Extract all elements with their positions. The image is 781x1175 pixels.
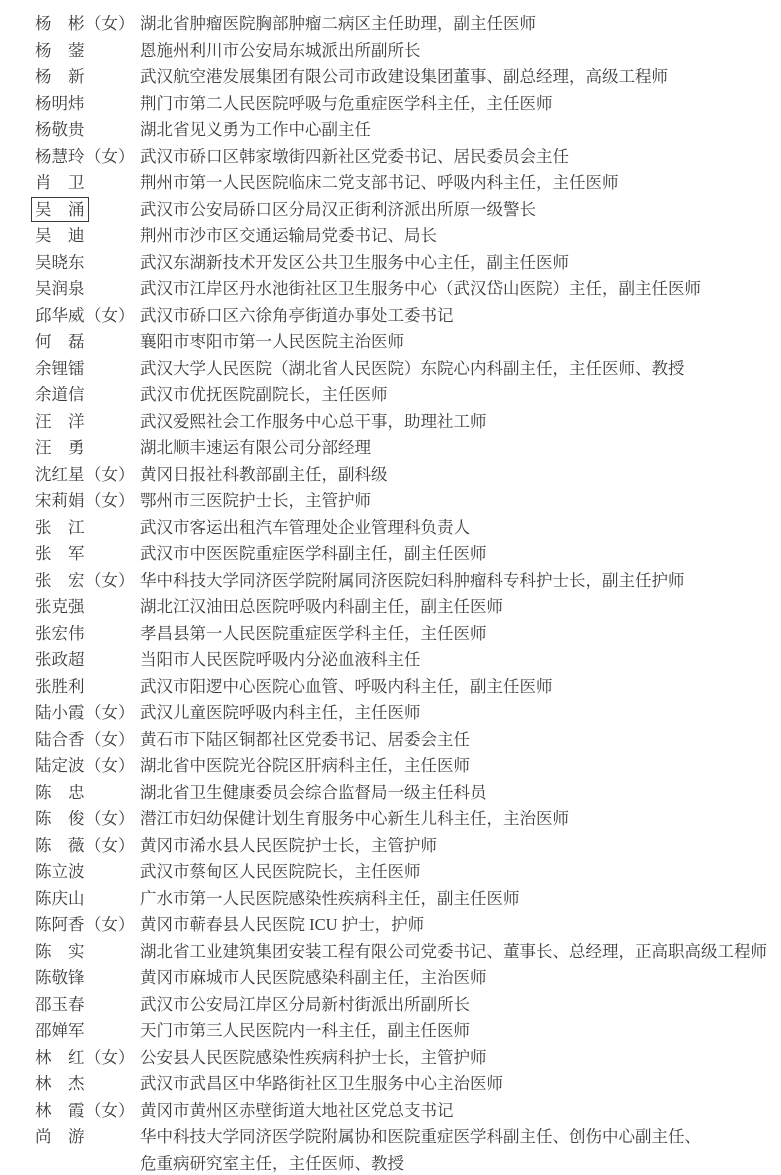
- person-name-cell: 林 红: [35, 1045, 85, 1072]
- person-name: 陈 实: [35, 939, 85, 966]
- person-name: 余锂镭: [35, 356, 85, 383]
- person-title: 华中科技大学同济医学院附属协和医院重症医学科副主任、创伤中心副主任、 危重病研究…: [140, 1124, 773, 1175]
- gender-label: （女）: [85, 568, 140, 595]
- list-item: 杨明炜 荆门市第二人民医院呼吸与危重症医学科主任，主任医师: [35, 91, 773, 118]
- people-list: 杨 彬 （女） 湖北省肿瘤医院胸部肿瘤二病区主任助理，副主任医师 杨 蓥 恩施州…: [35, 11, 773, 1175]
- person-title: 湖北江汉油田总医院呼吸内科副主任，副主任医师: [140, 594, 773, 621]
- gender-label: （女）: [85, 144, 140, 171]
- person-name: 杨敬贵: [35, 117, 85, 144]
- person-title: 武汉东湖新技术开发区公共卫生服务中心主任，副主任医师: [140, 250, 773, 277]
- person-name-cell: 沈红星: [35, 462, 85, 489]
- list-item: 余锂镭 武汉大学人民医院（湖北省人民医院）东院心内科副主任，主任医师、教授: [35, 356, 773, 383]
- person-name: 张 江: [35, 515, 85, 542]
- list-item: 陆小霞 （女） 武汉儿童医院呼吸内科主任，主任医师: [35, 700, 773, 727]
- person-name-cell: 宋莉娟: [35, 488, 85, 515]
- person-name: 杨慧玲: [35, 144, 85, 171]
- list-item: 余道信 武汉市优抚医院副院长，主任医师: [35, 382, 773, 409]
- list-item: 沈红星 （女） 黄冈日报社科教部副主任，副科级: [35, 462, 773, 489]
- person-name: 杨 彬: [35, 11, 85, 38]
- person-name-cell: 陈庆山: [35, 886, 85, 913]
- person-title: 武汉市江岸区丹水池街社区卫生服务中心（武汉岱山医院）主任，副主任医师: [140, 276, 773, 303]
- person-title: 武汉市武昌区中华路街社区卫生服务中心主治医师: [140, 1071, 773, 1098]
- person-title: 黄冈市黄州区赤壁街道大地社区党总支书记: [140, 1098, 773, 1125]
- person-title: 武汉大学人民医院（湖北省人民医院）东院心内科副主任，主任医师、教授: [140, 356, 773, 383]
- person-name: 邱华威: [35, 303, 85, 330]
- person-name-cell: 吴晓东: [35, 250, 85, 277]
- person-name-cell: 陈阿香: [35, 912, 85, 939]
- person-name-cell: 杨慧玲: [35, 144, 85, 171]
- person-title: 荆州市沙市区交通运输局党委书记、局长: [140, 223, 773, 250]
- person-name: 林 杰: [35, 1071, 85, 1098]
- gender-label: （女）: [85, 700, 140, 727]
- person-name-cell: 张 宏: [35, 568, 85, 595]
- person-title: 武汉市优抚医院副院长，主任医师: [140, 382, 773, 409]
- list-item: 陆合香 （女） 黄石市下陆区铜都社区党委书记、居委会主任: [35, 727, 773, 754]
- gender-label: （女）: [85, 727, 140, 754]
- person-name-cell: 张政超: [35, 647, 85, 674]
- list-item: 吴 涌 武汉市公安局硚口区分局汉正街利济派出所原一级警长: [35, 197, 773, 224]
- person-name: 陈庆山: [35, 886, 85, 913]
- list-item: 何 磊 襄阳市枣阳市第一人民医院主治医师: [35, 329, 773, 356]
- person-title: 当阳市人民医院呼吸内分泌血液科主任: [140, 647, 773, 674]
- person-name: 邵玉春: [35, 992, 85, 1019]
- person-title: 天门市第三人民医院内一科主任，副主任医师: [140, 1018, 773, 1045]
- list-item: 陈 实 湖北省工业建筑集团安装工程有限公司党委书记、董事长、总经理，正高职高级工…: [35, 939, 773, 966]
- person-title: 公安县人民医院感染性疾病科护士长，主管护师: [140, 1045, 773, 1072]
- person-name-cell: 余锂镭: [35, 356, 85, 383]
- person-name: 杨 蓥: [35, 38, 85, 65]
- person-title: 武汉市中医医院重症医学科副主任，副主任医师: [140, 541, 773, 568]
- person-title: 孝昌县第一人民医院重症医学科主任，主任医师: [140, 621, 773, 648]
- person-name: 陈阿香: [35, 912, 85, 939]
- list-item: 邱华威 （女） 武汉市硚口区六徐角亭街道办事处工委书记: [35, 303, 773, 330]
- person-name: 陆小霞: [35, 700, 85, 727]
- person-name-cell: 陆小霞: [35, 700, 85, 727]
- person-name: 宋莉娟: [35, 488, 85, 515]
- person-name: 邵婵军: [35, 1018, 85, 1045]
- person-name: 林 霞: [35, 1098, 85, 1125]
- list-item: 杨 蓥 恩施州利川市公安局东城派出所副所长: [35, 38, 773, 65]
- list-item: 陆定波 （女） 湖北省中医院光谷院区肝病科主任，主任医师: [35, 753, 773, 780]
- person-name: 肖 卫: [35, 170, 85, 197]
- list-item: 林 霞 （女） 黄冈市黄州区赤壁街道大地社区党总支书记: [35, 1098, 773, 1125]
- person-name: 吴 迪: [35, 223, 85, 250]
- person-name-cell: 余道信: [35, 382, 85, 409]
- person-name-cell: 吴 迪: [35, 223, 85, 250]
- person-name-cell: 陈 俊: [35, 806, 85, 833]
- person-title: 恩施州利川市公安局东城派出所副所长: [140, 38, 773, 65]
- person-title: 武汉市硚口区韩家墩街四新社区党委书记、居民委员会主任: [140, 144, 773, 171]
- gender-label: （女）: [85, 912, 140, 939]
- person-name: 余道信: [35, 382, 85, 409]
- person-title: 武汉儿童医院呼吸内科主任，主任医师: [140, 700, 773, 727]
- person-name: 吴 涌: [31, 197, 89, 222]
- person-name: 杨 新: [35, 64, 85, 91]
- person-title: 武汉爱熙社会工作服务中心总干事，助理社工师: [140, 409, 773, 436]
- person-name-cell: 陈敬锋: [35, 965, 85, 992]
- person-title: 黄冈市麻城市人民医院感染科副主任，主治医师: [140, 965, 773, 992]
- list-item: 邵玉春 武汉市公安局江岸区分局新村街派出所副所长: [35, 992, 773, 1019]
- person-name-cell: 张胜利: [35, 674, 85, 701]
- person-name-cell: 尚 游: [35, 1124, 85, 1151]
- person-title: 武汉市客运出租汽车管理处企业管理科负责人: [140, 515, 773, 542]
- list-item: 陈 俊 （女） 潜江市妇幼保健计划生育服务中心新生儿科主任，主治医师: [35, 806, 773, 833]
- person-name: 张政超: [35, 647, 85, 674]
- person-name-cell: 杨 蓥: [35, 38, 85, 65]
- gender-label: （女）: [85, 488, 140, 515]
- person-title: 荆州市第一人民医院临床二党支部书记、呼吸内科主任，主任医师: [140, 170, 773, 197]
- person-name: 陈立波: [35, 859, 85, 886]
- person-name: 吴晓东: [35, 250, 85, 277]
- gender-label: （女）: [85, 833, 140, 860]
- person-title: 湖北省见义勇为工作中心副主任: [140, 117, 773, 144]
- person-name-cell: 张宏伟: [35, 621, 85, 648]
- person-name-cell: 邵玉春: [35, 992, 85, 1019]
- gender-label: （女）: [85, 753, 140, 780]
- person-name: 陈 俊: [35, 806, 85, 833]
- person-title: 潜江市妇幼保健计划生育服务中心新生儿科主任，主治医师: [140, 806, 773, 833]
- person-title: 湖北省肿瘤医院胸部肿瘤二病区主任助理，副主任医师: [140, 11, 773, 38]
- person-name: 杨明炜: [35, 91, 85, 118]
- list-item: 杨慧玲 （女） 武汉市硚口区韩家墩街四新社区党委书记、居民委员会主任: [35, 144, 773, 171]
- person-title: 黄石市下陆区铜都社区党委书记、居委会主任: [140, 727, 773, 754]
- list-item: 陈立波 武汉市蔡甸区人民医院院长，主任医师: [35, 859, 773, 886]
- gender-label: （女）: [85, 806, 140, 833]
- person-name: 陈 薇: [35, 833, 85, 860]
- person-title: 荆门市第二人民医院呼吸与危重症医学科主任，主任医师: [140, 91, 773, 118]
- person-name-cell: 张 军: [35, 541, 85, 568]
- list-item: 林 杰 武汉市武昌区中华路街社区卫生服务中心主治医师: [35, 1071, 773, 1098]
- person-name-cell: 肖 卫: [35, 170, 85, 197]
- person-title: 武汉市公安局硚口区分局汉正街利济派出所原一级警长: [140, 197, 773, 224]
- list-item: 张胜利 武汉市阳逻中心医院心血管、呼吸内科主任，副主任医师: [35, 674, 773, 701]
- list-item: 张克强 湖北江汉油田总医院呼吸内科副主任，副主任医师: [35, 594, 773, 621]
- person-title: 广水市第一人民医院感染性疾病科主任，副主任医师: [140, 886, 773, 913]
- person-name-cell: 杨 新: [35, 64, 85, 91]
- person-title: 襄阳市枣阳市第一人民医院主治医师: [140, 329, 773, 356]
- person-title: 黄冈日报社科教部副主任，副科级: [140, 462, 773, 489]
- gender-label: （女）: [85, 303, 140, 330]
- person-name-cell: 陈 忠: [35, 780, 85, 807]
- list-item: 吴晓东 武汉东湖新技术开发区公共卫生服务中心主任，副主任医师: [35, 250, 773, 277]
- person-name: 陆合香: [35, 727, 85, 754]
- person-name: 张 军: [35, 541, 85, 568]
- list-item: 杨 彬 （女） 湖北省肿瘤医院胸部肿瘤二病区主任助理，副主任医师: [35, 11, 773, 38]
- list-item: 吴润泉 武汉市江岸区丹水池街社区卫生服务中心（武汉岱山医院）主任，副主任医师: [35, 276, 773, 303]
- person-title: 武汉市公安局江岸区分局新村街派出所副所长: [140, 992, 773, 1019]
- list-item: 陈阿香 （女） 黄冈市蕲春县人民医院 ICU 护士，护师: [35, 912, 773, 939]
- list-item: 尚 游 华中科技大学同济医学院附属协和医院重症医学科副主任、创伤中心副主任、 危…: [35, 1124, 773, 1175]
- person-name-cell: 杨明炜: [35, 91, 85, 118]
- list-item: 陈 忠 湖北省卫生健康委员会综合监督局一级主任科员: [35, 780, 773, 807]
- person-name-cell: 杨敬贵: [35, 117, 85, 144]
- person-name-cell: 汪 洋: [35, 409, 85, 436]
- person-name: 张 宏: [35, 568, 85, 595]
- person-name-cell: 邵婵军: [35, 1018, 85, 1045]
- person-name-cell: 陈 实: [35, 939, 85, 966]
- list-item: 杨敬贵 湖北省见义勇为工作中心副主任: [35, 117, 773, 144]
- person-name-cell: 陆合香: [35, 727, 85, 754]
- person-name-cell: 林 杰: [35, 1071, 85, 1098]
- list-item: 吴 迪 荆州市沙市区交通运输局党委书记、局长: [35, 223, 773, 250]
- person-name: 陈 忠: [35, 780, 85, 807]
- person-title: 湖北省中医院光谷院区肝病科主任，主任医师: [140, 753, 773, 780]
- person-title: 黄冈市蕲春县人民医院 ICU 护士，护师: [140, 912, 773, 939]
- person-title: 武汉市硚口区六徐角亭街道办事处工委书记: [140, 303, 773, 330]
- gender-label: （女）: [85, 462, 140, 489]
- person-name-cell: 张克强: [35, 594, 85, 621]
- list-item: 陈 薇 （女） 黄冈市浠水县人民医院护士长，主管护师: [35, 833, 773, 860]
- person-title: 鄂州市三医院护士长，主管护师: [140, 488, 773, 515]
- list-item: 汪 洋 武汉爱熙社会工作服务中心总干事，助理社工师: [35, 409, 773, 436]
- list-item: 邵婵军 天门市第三人民医院内一科主任，副主任医师: [35, 1018, 773, 1045]
- list-item: 张宏伟 孝昌县第一人民医院重症医学科主任，主任医师: [35, 621, 773, 648]
- list-item: 肖 卫 荆州市第一人民医院临床二党支部书记、呼吸内科主任，主任医师: [35, 170, 773, 197]
- person-title: 武汉航空港发展集团有限公司市政建设集团董事、副总经理，高级工程师: [140, 64, 773, 91]
- document-page: 杨 彬 （女） 湖北省肿瘤医院胸部肿瘤二病区主任助理，副主任医师 杨 蓥 恩施州…: [0, 0, 781, 1175]
- list-item: 陈庆山 广水市第一人民医院感染性疾病科主任，副主任医师: [35, 886, 773, 913]
- person-name-cell: 汪 勇: [35, 435, 85, 462]
- person-name-cell: 陆定波: [35, 753, 85, 780]
- person-title: 湖北省工业建筑集团安装工程有限公司党委书记、董事长、总经理，正高职高级工程师: [140, 939, 773, 966]
- person-name-cell: 林 霞: [35, 1098, 85, 1125]
- person-name: 陈敬锋: [35, 965, 85, 992]
- list-item: 陈敬锋 黄冈市麻城市人民医院感染科副主任，主治医师: [35, 965, 773, 992]
- person-title: 湖北省卫生健康委员会综合监督局一级主任科员: [140, 780, 773, 807]
- person-title: 黄冈市浠水县人民医院护士长，主管护师: [140, 833, 773, 860]
- person-name: 尚 游: [35, 1124, 85, 1151]
- person-title: 华中科技大学同济医学院附属同济医院妇科肿瘤科专科护士长，副主任护师: [140, 568, 773, 595]
- person-name: 沈红星: [35, 462, 85, 489]
- person-name: 张宏伟: [35, 621, 85, 648]
- list-item: 宋莉娟 （女） 鄂州市三医院护士长，主管护师: [35, 488, 773, 515]
- person-name: 吴润泉: [35, 276, 85, 303]
- person-name: 汪 洋: [35, 409, 85, 436]
- gender-label: （女）: [85, 1098, 140, 1125]
- person-title: 武汉市蔡甸区人民医院院长，主任医师: [140, 859, 773, 886]
- person-name-cell: 吴润泉: [35, 276, 85, 303]
- person-name: 何 磊: [35, 329, 85, 356]
- person-name: 张胜利: [35, 674, 85, 701]
- person-name: 张克强: [35, 594, 85, 621]
- list-item: 杨 新 武汉航空港发展集团有限公司市政建设集团董事、副总经理，高级工程师: [35, 64, 773, 91]
- list-item: 张 军 武汉市中医医院重症医学科副主任，副主任医师: [35, 541, 773, 568]
- list-item: 汪 勇 湖北顺丰速运有限公司分部经理: [35, 435, 773, 462]
- person-name: 陆定波: [35, 753, 85, 780]
- list-item: 张政超 当阳市人民医院呼吸内分泌血液科主任: [35, 647, 773, 674]
- person-name: 汪 勇: [35, 435, 85, 462]
- person-name-cell: 何 磊: [35, 329, 85, 356]
- person-title: 湖北顺丰速运有限公司分部经理: [140, 435, 773, 462]
- list-item: 张 宏 （女） 华中科技大学同济医学院附属同济医院妇科肿瘤科专科护士长，副主任护…: [35, 568, 773, 595]
- person-name-cell: 陈立波: [35, 859, 85, 886]
- gender-label: （女）: [85, 1045, 140, 1072]
- person-name-cell: 邱华威: [35, 303, 85, 330]
- person-name-cell: 陈 薇: [35, 833, 85, 860]
- list-item: 林 红 （女） 公安县人民医院感染性疾病科护士长，主管护师: [35, 1045, 773, 1072]
- person-title: 武汉市阳逻中心医院心血管、呼吸内科主任，副主任医师: [140, 674, 773, 701]
- person-name-cell: 张 江: [35, 515, 85, 542]
- gender-label: （女）: [85, 11, 140, 38]
- person-name-cell: 杨 彬: [35, 11, 85, 38]
- person-name: 林 红: [35, 1045, 85, 1072]
- list-item: 张 江 武汉市客运出租汽车管理处企业管理科负责人: [35, 515, 773, 542]
- person-name-cell: 吴 涌: [35, 197, 85, 224]
